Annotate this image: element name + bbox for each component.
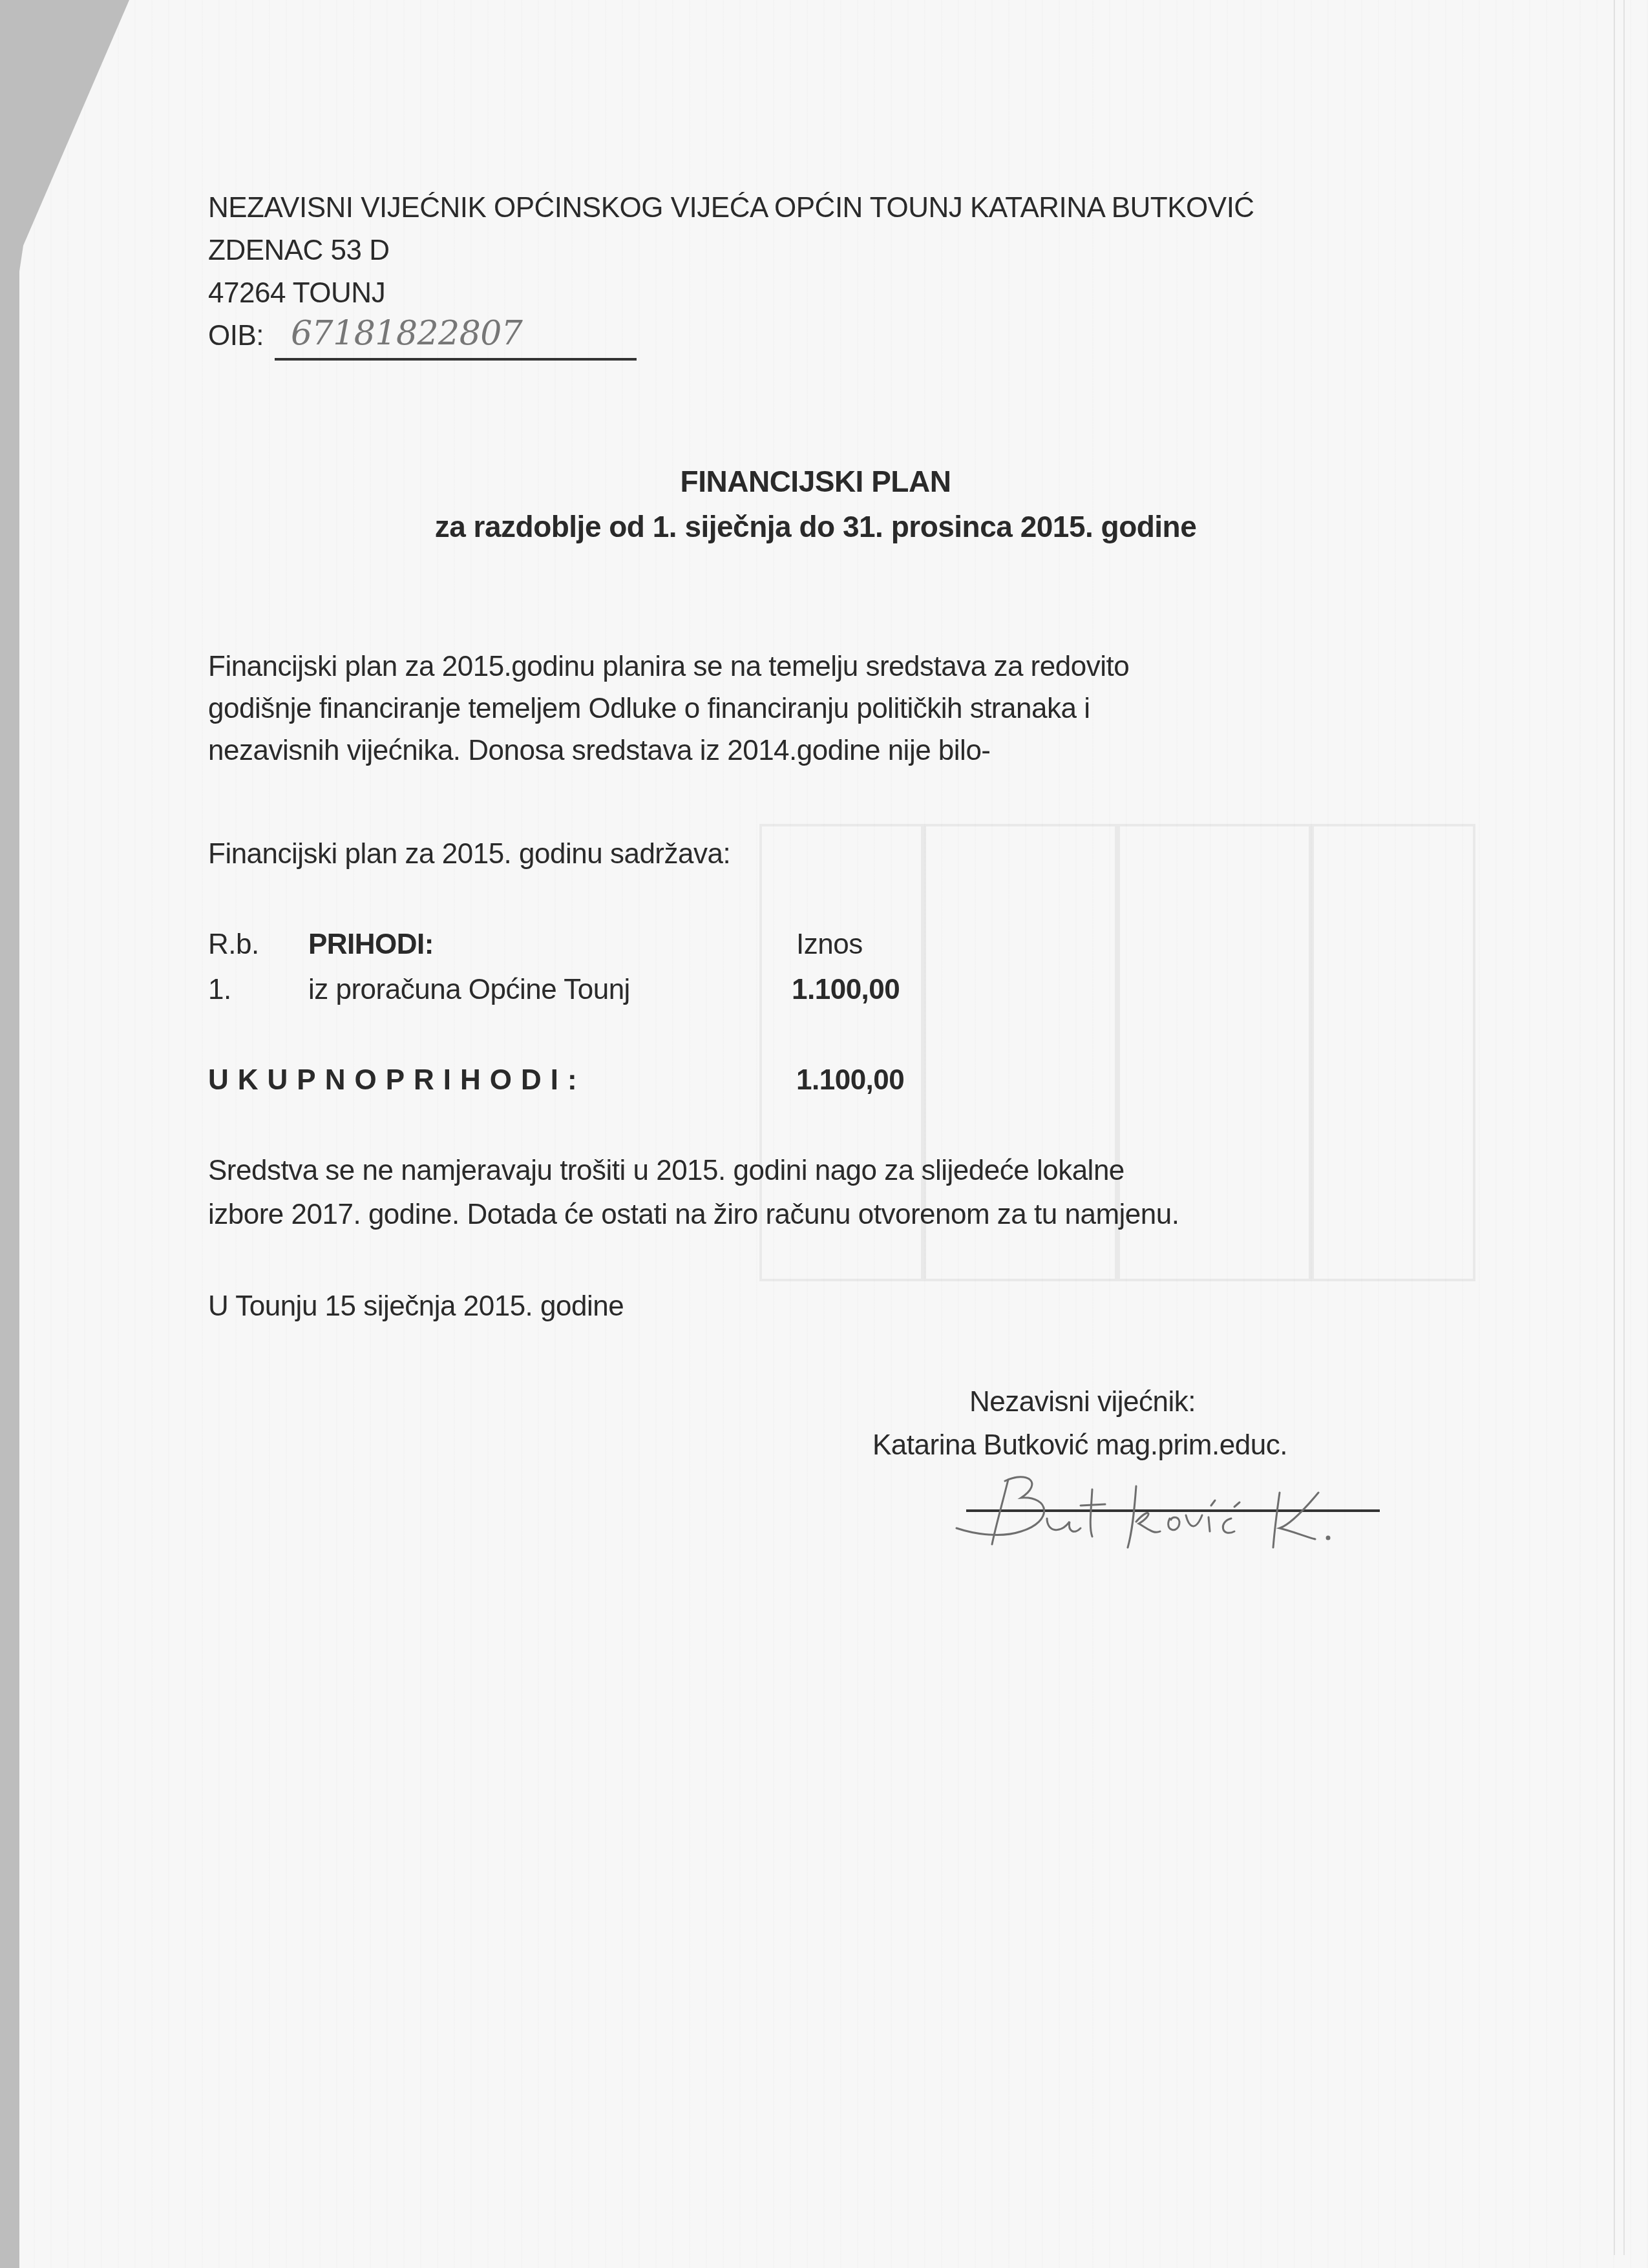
row-rb: 1. <box>208 976 231 1004</box>
header-address: ZDENAC 53 D <box>208 236 390 265</box>
total-label: UKUPNOPRIHODI: <box>208 1066 586 1095</box>
signature-role: Nezavisni vijećnik: <box>969 1388 1196 1416</box>
header-line-1: NEZAVISNI VIJEĆNIK OPĆINSKOG VIJEĆA OPĆI… <box>208 194 1254 222</box>
col-header-prihodi: PRIHODI: <box>308 930 434 959</box>
document-page: NEZAVISNI VIJEĆNIK OPĆINSKOG VIJEĆA OPĆI… <box>0 0 1648 2268</box>
handwritten-signature <box>931 1467 1396 1551</box>
document-subtitle: za razdoblje od 1. siječnja do 31. prosi… <box>435 512 1197 541</box>
closing-line-1: Sredstva se ne namjeravaju trošiti u 201… <box>208 1157 1125 1185</box>
contains-label: Financijski plan za 2015. godinu sadržav… <box>208 840 730 868</box>
intro-line-1: Financijski plan za 2015.godinu planira … <box>208 653 1129 681</box>
oib-handwritten-value: 67181822807 <box>291 317 522 350</box>
row-description: iz proračuna Općine Tounj <box>308 976 630 1004</box>
oib-label: OIB: <box>208 322 264 350</box>
page-edge-line <box>1614 0 1615 2255</box>
intro-line-2: godišnje financiranje temeljem Odluke o … <box>208 695 1090 723</box>
document-title: FINANCIJSKI PLAN <box>681 467 951 496</box>
header-postal: 47264 TOUNJ <box>208 279 385 308</box>
date-line: U Tounju 15 siječnja 2015. godine <box>208 1292 624 1321</box>
col-header-rb: R.b. <box>208 930 259 959</box>
oib-underline <box>275 358 637 361</box>
page-edge-line <box>1623 0 1625 2255</box>
col-header-iznos: Iznos <box>796 930 863 959</box>
signature-name: Katarina Butković mag.prim.educ. <box>872 1431 1287 1460</box>
intro-line-3: nezavisnih vijećnika. Donosa sredstava i… <box>208 737 991 765</box>
total-amount: 1.100,00 <box>796 1066 904 1095</box>
closing-line-2: izbore 2017. godine. Dotada će ostati na… <box>208 1201 1179 1229</box>
row-amount: 1.100,00 <box>792 976 900 1004</box>
